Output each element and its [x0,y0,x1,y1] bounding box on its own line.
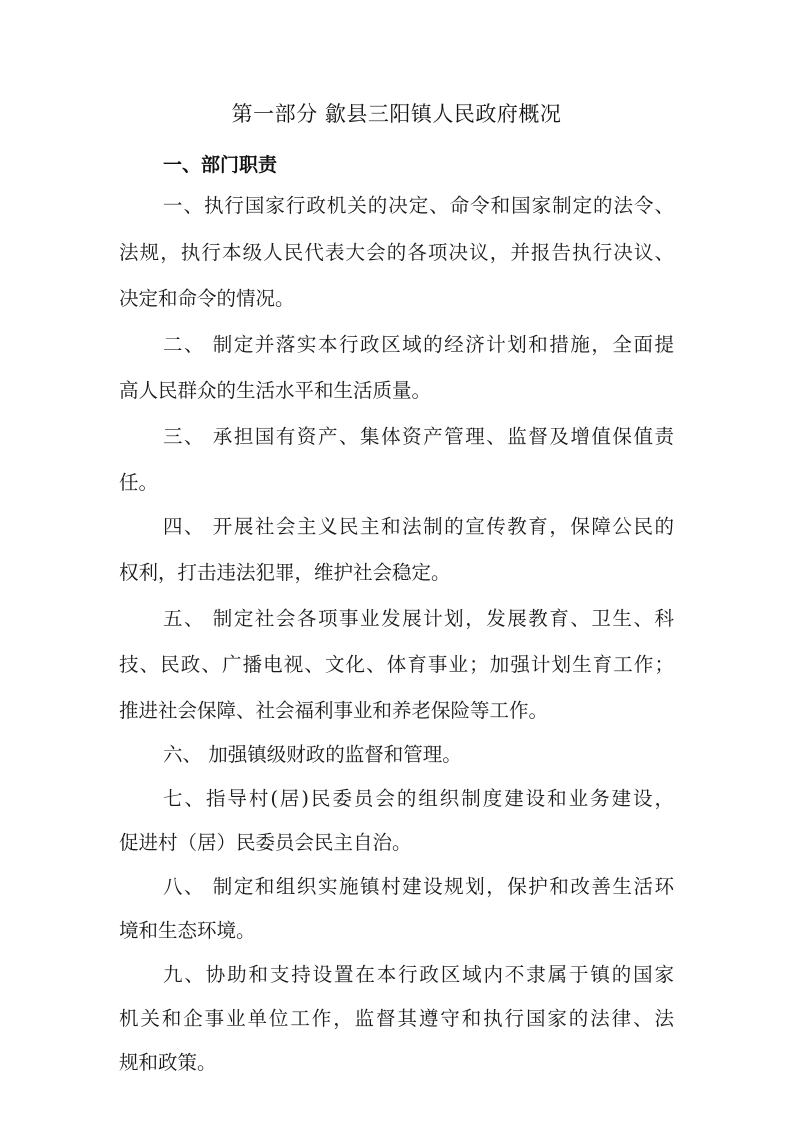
duty-5-line-1: 五、 制定社会各项事业发展计划，发展教育、卫生、科 [163,607,674,631]
duty-7-line-2: 促进村（居）民委员会民主自治。 [119,831,412,855]
section-heading: 一、部门职责 [163,150,277,177]
document-page: 第一部分 歙县三阳镇人民政府概况 一、部门职责 一、执行国家行政机关的决定、命令… [0,0,793,1122]
duty-7-line-1: 七、指导村(居)民委员会的组织制度建设和业务建设， [163,787,674,811]
duty-2-line-2: 高人民群众的生活水平和生活质量。 [119,379,431,403]
duty-5-line-2: 技、民政、广播电视、文化、体育事业；加强计划生育工作； [119,653,674,677]
duty-9-line-2: 机关和企事业单位工作，监督其遵守和执行国家的法律、法 [119,1007,674,1031]
duty-4-line-2: 权利，打击违法犯罪，维护社会稳定。 [119,561,451,585]
duty-3-line-2: 任。 [119,471,158,495]
duty-1-line-1: 一、执行国家行政机关的决定、命令和国家制定的法令、 [163,194,674,218]
duty-8-line-2: 境和生态环境。 [119,919,256,943]
document-title: 第一部分 歙县三阳镇人民政府概况 [0,98,793,128]
duty-1-line-2: 法规，执行本级人民代表大会的各项决议，并报告执行决议、 [119,241,674,265]
duty-8-line-1: 八、 制定和组织实施镇村建设规划，保护和改善生活环 [163,875,674,899]
duty-6-line-1: 六、 加强镇级财政的监督和管理。 [163,743,462,767]
duty-9-line-3: 规和政策。 [119,1051,217,1075]
duty-5-line-3: 推进社会保障、社会福利事业和养老保险等工作。 [119,699,548,723]
duty-2-line-1: 二、 制定并落实本行政区域的经济计划和措施，全面提 [163,333,674,357]
duty-4-line-1: 四、 开展社会主义民主和法制的宣传教育，保障公民的 [163,515,674,539]
duty-3-line-1: 三、 承担国有资产、集体资产管理、监督及增值保值责 [163,425,674,449]
duty-1-line-3: 决定和命令的情况。 [119,287,295,311]
duty-9-line-1: 九、协助和支持设置在本行政区域内不隶属于镇的国家 [163,963,674,987]
